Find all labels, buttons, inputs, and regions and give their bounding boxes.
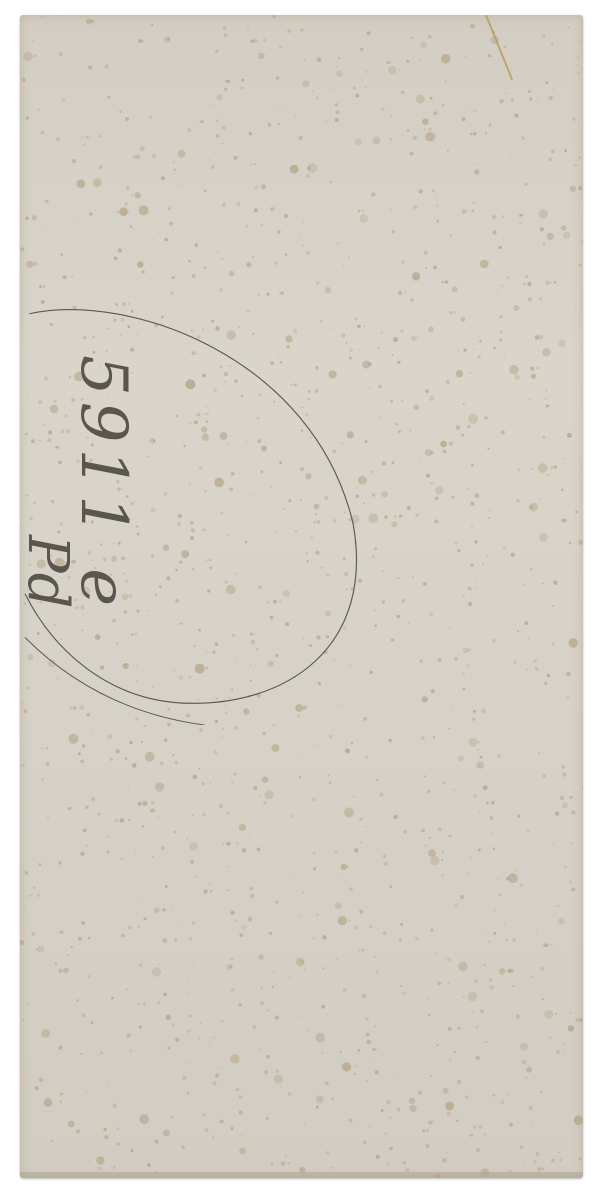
card-back: 5911 e Pd bbox=[20, 15, 583, 1178]
pencil-annotation-2: Pd bbox=[20, 535, 80, 609]
